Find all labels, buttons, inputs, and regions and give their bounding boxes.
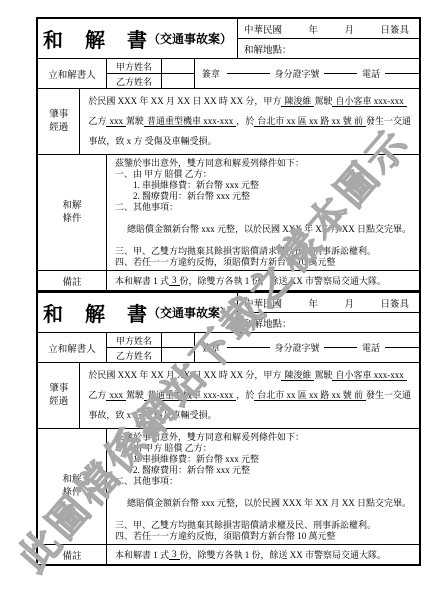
settlement-location-label: 和解地點： xyxy=(244,316,292,330)
accident-row: 肇事 經過 於民國 XXX 年 XX 月 XX 日 XX 時 XX 分，甲方陳浚… xyxy=(38,89,419,155)
accident-location: 台北市 xx 區 xx 路 xx 號 前 xyxy=(254,390,366,401)
accident-location: 台北市 xx 區 xx 路 xx 號 前 xyxy=(254,116,366,127)
signing-date-row: 中華民國 年 月 日簽具 xyxy=(238,293,419,313)
party-b-id-field xyxy=(324,74,357,88)
condition-line: 四、若任一一方違約反悔，須賠償對方新台幣 10 萬元整 xyxy=(115,531,413,542)
note-label: 備註 xyxy=(38,271,107,290)
party-b-driver-name: xxx xyxy=(106,390,126,401)
form-title-cell: 和 解 書（交通事故案） xyxy=(38,19,238,58)
party-b-vehicle: 普通重型機車 xxx-xxx xyxy=(144,390,236,401)
party-a-id-field xyxy=(324,59,357,74)
day-signed-label: 日簽具 xyxy=(380,22,409,36)
party-a-name-field xyxy=(162,333,194,348)
party-a-id-field xyxy=(324,333,357,348)
party-a-name-label: 甲方姓名 xyxy=(107,333,161,348)
accident-line-1: 於民國 XXX 年 XX 月 XX 日 XX 時 XX 分，甲方陳浚維駕駛自小客… xyxy=(88,91,411,111)
conditions-row: 和解 條件 茲鑒於事出意外，雙方同意和解爰列條件如下： 一、由 甲方 賠償 乙方… xyxy=(38,429,419,545)
form-header: 和 解 書（交通事故案） 中華民國 年 月 日簽具 和解地點： xyxy=(38,19,419,59)
note-text: 本和解書 1 式3份，除雙方各執 1 份，餘送 XX 市警察局交通大隊。 xyxy=(107,271,419,290)
conditions-label: 和解 條件 xyxy=(38,429,107,544)
accident-description: 於民國 XXX 年 XX 月 XX 日 XX 時 XX 分，甲方陳浚維駕駛自小客… xyxy=(80,363,419,428)
form-title-cell: 和 解 書（交通事故案） xyxy=(38,293,238,332)
note-row: 備註 本和解書 1 式3份，除雙方各執 1 份，餘送 XX 市警察局交通大隊。 xyxy=(38,271,419,290)
settlement-form-copy-2: 和 解 書（交通事故案） 中華民國 年 月 日簽具 和解地點： 立和解書人 甲方… xyxy=(36,291,421,566)
party-b-phone-field xyxy=(385,348,419,362)
party-a-phone-field xyxy=(385,59,419,74)
accident-line-2: 乙方xxx駕駛普通重型機車 xxx-xxx，於台北市 xx 區 xx 路 xx … xyxy=(88,385,411,405)
party-a-vehicle: 自小客車 xxx-xxx xyxy=(332,370,406,381)
condition-line: 總賠償金額新台幣 xxx 元整，以於民國 XXX 年 XX 月 XX 日點交完畢… xyxy=(115,498,413,509)
phone-fill-cells xyxy=(385,59,419,88)
conditions-label: 和解 條件 xyxy=(38,155,107,270)
signature-fill-cells xyxy=(227,59,270,88)
party-name-labels: 甲方姓名 乙方姓名 xyxy=(107,59,162,88)
form-title: 和 解 書 xyxy=(43,24,148,53)
signing-date-row: 中華民國 年 月 日簽具 xyxy=(238,19,419,39)
note-row: 備註 本和解書 1 式3份，除雙方各執 1 份，餘送 XX 市警察局交通大隊。 xyxy=(38,545,419,564)
header-right: 中華民國 年 月 日簽具 和解地點： xyxy=(238,293,419,332)
accident-label: 肇事 經過 xyxy=(38,363,80,428)
party-b-name-field xyxy=(162,348,194,362)
party-a-name-field xyxy=(162,59,194,74)
party-a-signature-field xyxy=(227,333,270,348)
note-label: 備註 xyxy=(38,545,107,564)
parties-row: 立和解書人 甲方姓名 乙方姓名 簽章 身分證字號 電話 xyxy=(38,333,419,363)
condition-line xyxy=(115,213,413,224)
phone-fill-cells xyxy=(385,333,419,362)
form-subtitle: （交通事故案） xyxy=(148,30,232,47)
condition-line xyxy=(115,235,413,246)
condition-line: 1. 車損維修費：新台幣 xxx 元整 xyxy=(115,180,413,191)
condition-line xyxy=(115,487,413,498)
accident-row: 肇事 經過 於民國 XXX 年 XX 月 XX 日 XX 時 XX 分，甲方陳浚… xyxy=(38,363,419,429)
document-page: 此圖檔係網站下載之樣本圖示 和 解 書（交通事故案） 中華民國 年 月 日簽具 … xyxy=(0,0,425,600)
party-name-fill-cells xyxy=(162,333,195,362)
accident-description: 於民國 XXX 年 XX 月 XX 日 XX 時 XX 分，甲方陳浚維駕駛自小客… xyxy=(80,89,419,154)
accident-line-2: 乙方xxx駕駛普通重型機車 xxx-xxx，於台北市 xx 區 xx 路 xx … xyxy=(88,111,411,131)
party-b-driver-name: xxx xyxy=(106,116,126,127)
settlement-form-copy-1: 和 解 書（交通事故案） 中華民國 年 月 日簽具 和解地點： 立和解書人 甲方… xyxy=(36,17,421,292)
signature-fill-cells xyxy=(227,333,270,362)
condition-line: 二、其他事項： xyxy=(115,202,413,213)
year-label: 年 xyxy=(308,22,318,36)
settlement-location-row: 和解地點： xyxy=(238,313,419,332)
party-a-driver-name: 陳浚維 xyxy=(281,370,314,381)
party-name-fill-cells xyxy=(162,59,195,88)
conditions-text: 茲鑒於事出意外，雙方同意和解爰列條件如下： 一、由 甲方 賠償 乙方： 1. 車… xyxy=(107,155,419,270)
party-a-name-label: 甲方姓名 xyxy=(107,59,161,74)
condition-line: 三、甲、乙雙方均拋棄其餘損害賠償請求權及民、刑事訴訟權利。 xyxy=(115,520,413,531)
id-number-label: 身分證字號 xyxy=(270,333,324,362)
condition-line: 1. 車損維修費：新台幣 xxx 元整 xyxy=(115,454,413,465)
condition-line: 二、其他事項： xyxy=(115,476,413,487)
party-a-vehicle: 自小客車 xxx-xxx xyxy=(332,96,406,107)
form-subtitle: （交通事故案） xyxy=(148,304,232,321)
party-b-name-label: 乙方姓名 xyxy=(107,74,161,88)
party-b-name-label: 乙方姓名 xyxy=(107,348,161,362)
party-b-signature-field xyxy=(227,74,270,88)
note-text: 本和解書 1 式3份，除雙方各執 1 份，餘送 XX 市警察局交通大隊。 xyxy=(107,545,419,564)
party-b-name-field xyxy=(162,74,194,88)
era-label: 中華民國 xyxy=(244,22,282,36)
settlement-location-label: 和解地點： xyxy=(244,42,292,56)
party-b-vehicle: 普通重型機車 xxx-xxx xyxy=(144,116,236,127)
conditions-row: 和解 條件 茲鑒於事出意外，雙方同意和解爰列條件如下： 一、由 甲方 賠償 乙方… xyxy=(38,155,419,271)
party-a-phone-field xyxy=(385,333,419,348)
condition-line: 三、甲、乙雙方均拋棄其餘損害賠償請求權及民、刑事訴訟權利。 xyxy=(115,246,413,257)
form-title: 和 解 書 xyxy=(43,298,148,327)
month-label: 月 xyxy=(344,22,354,36)
month-label: 月 xyxy=(344,296,354,310)
condition-line: 總賠償金額新台幣 xxx 元整，以於民國 XXX 年 XX 月 XX 日點交完畢… xyxy=(115,224,413,235)
condition-line: 2. 醫療費用：新台幣 xxx 元整 xyxy=(115,191,413,202)
condition-line: 一、由 甲方 賠償 乙方： xyxy=(115,169,413,180)
id-number-fill-cells xyxy=(324,59,357,88)
phone-label: 電話 xyxy=(357,333,385,362)
copies-count: 3 xyxy=(169,549,180,560)
id-number-label: 身分證字號 xyxy=(270,59,324,88)
party-b-id-field xyxy=(324,348,357,362)
parties-label: 立和解書人 xyxy=(38,59,107,88)
conditions-text: 茲鑒於事出意外，雙方同意和解爰列條件如下： 一、由 甲方 賠償 乙方： 1. 車… xyxy=(107,429,419,544)
phone-label: 電話 xyxy=(357,59,385,88)
party-a-signature-field xyxy=(227,59,270,74)
accident-line-1: 於民國 XXX 年 XX 月 XX 日 XX 時 XX 分，甲方陳浚維駕駛自小客… xyxy=(88,365,411,385)
day-signed-label: 日簽具 xyxy=(380,296,409,310)
form-header: 和 解 書（交通事故案） 中華民國 年 月 日簽具 和解地點： xyxy=(38,293,419,333)
signature-label: 簽章 xyxy=(195,333,227,362)
condition-line xyxy=(115,509,413,520)
condition-line: 一、由 甲方 賠償 乙方： xyxy=(115,443,413,454)
accident-line-3: 事故，致 x 方 受傷及車輛受損。 xyxy=(88,405,411,425)
signature-label: 簽章 xyxy=(195,59,227,88)
condition-line: 2. 醫療費用：新台幣 xxx 元整 xyxy=(115,465,413,476)
condition-line: 茲鑒於事出意外，雙方同意和解爰列條件如下： xyxy=(115,158,413,169)
year-label: 年 xyxy=(308,296,318,310)
id-number-fill-cells xyxy=(324,333,357,362)
parties-row: 立和解書人 甲方姓名 乙方姓名 簽章 身分證字號 電話 xyxy=(38,59,419,89)
condition-line: 茲鑒於事出意外，雙方同意和解爰列條件如下： xyxy=(115,432,413,443)
party-name-labels: 甲方姓名 乙方姓名 xyxy=(107,333,162,362)
party-a-driver-name: 陳浚維 xyxy=(281,96,314,107)
header-right: 中華民國 年 月 日簽具 和解地點： xyxy=(238,19,419,58)
party-b-phone-field xyxy=(385,74,419,88)
copies-count: 3 xyxy=(169,275,180,286)
accident-line-3: 事故，致 x 方 受傷及車輛受損。 xyxy=(88,131,411,151)
party-b-signature-field xyxy=(227,348,270,362)
condition-line: 四、若任一一方違約反悔，須賠償對方新台幣 10 萬元整 xyxy=(115,257,413,268)
settlement-location-row: 和解地點： xyxy=(238,39,419,58)
era-label: 中華民國 xyxy=(244,296,282,310)
parties-label: 立和解書人 xyxy=(38,333,107,362)
accident-label: 肇事 經過 xyxy=(38,89,80,154)
